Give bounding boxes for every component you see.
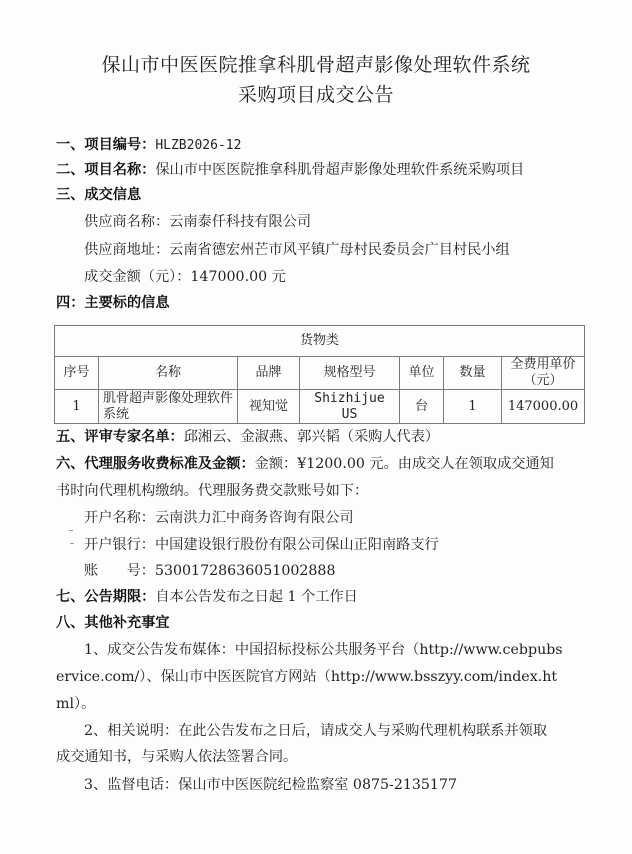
project-number-row: 一、项目编号：HLZB2026-12: [56, 135, 241, 156]
supplier-address-label: 供应商地址：: [84, 242, 169, 258]
account-number-row: 账 号：53001728636051002888: [84, 561, 335, 581]
media-line3: ml）。: [56, 694, 95, 714]
notice-period-value: 自本公告发布之日起 1 个工作日: [155, 589, 358, 605]
deal-amount-value: 147000.00 元: [190, 269, 285, 285]
supervision-phone: 3、监督电话：保山市中医医院纪检监察室 0875-2135177: [84, 775, 457, 795]
header-unit-price-line1: 全费用单价: [506, 357, 580, 373]
bank-label: 开户银行：: [84, 537, 155, 553]
header-unit-price-line2: （元）: [506, 373, 580, 389]
media-line1: 1、成交公告发布媒体：中国招标投标公共服务平台（http://www.cebpu…: [84, 640, 563, 660]
project-number-label: 一、项目编号：: [56, 137, 155, 153]
project-name-value: 保山市中医医院推拿科肌骨超声影像处理软件系统采购项目: [155, 162, 524, 178]
project-name-row: 二、项目名称：保山市中医医院推拿科肌骨超声影像处理软件系统采购项目: [56, 160, 524, 180]
supplier-address-row: 供应商地址：云南省德宏州芒市风平镇广母村民委员会广目村民小组: [84, 240, 510, 260]
scan-speck: [70, 543, 74, 544]
note-line2: 成交通知书，与采购人依法签署合同。: [56, 747, 297, 767]
goods-table: 货物类 序号 名称 品牌 规格型号 单位 数量 全费用单价 （元） 1 肌骨超声…: [54, 325, 585, 424]
header-unit-price: 全费用单价 （元）: [502, 357, 585, 390]
cell-name: 肌骨超声影像处理软件系统: [99, 390, 238, 424]
table-category-cell: 货物类: [55, 326, 585, 357]
header-name: 名称: [99, 357, 238, 390]
notice-period-row: 七、公告期限：自本公告发布之日起 1 个工作日: [56, 587, 358, 607]
account-name-row: 开户名称：云南洪力汇中商务咨询有限公司: [84, 508, 354, 528]
bank-value: 中国建设银行股份有限公司保山正阳南路支行: [155, 537, 439, 553]
cell-unit: 台: [400, 390, 444, 424]
supplier-address-value: 云南省德宏州芒市风平镇广母村民委员会广目村民小组: [169, 242, 510, 258]
deal-info-heading: 三、成交信息: [56, 185, 141, 205]
table-category-row: 货物类: [55, 326, 585, 357]
deal-amount-label: 成交金额（元）：: [84, 269, 190, 285]
header-no: 序号: [55, 357, 99, 390]
scan-speck: [69, 530, 73, 531]
notice-period-label: 七、公告期限：: [56, 589, 155, 605]
agency-fee-value-line1: 金额：¥1200.00 元。由成交人在领取成交通知: [255, 456, 554, 472]
supplier-name-label: 供应商名称：: [84, 214, 169, 230]
table-header-row: 序号 名称 品牌 规格型号 单位 数量 全费用单价 （元）: [55, 357, 585, 390]
deal-amount-row: 成交金额（元）：147000.00 元: [84, 267, 286, 287]
cell-brand: 视知觉: [238, 390, 300, 424]
agency-fee-value-line2: 书时向代理机构缴纳。代理服务费交款账号如下：: [56, 481, 368, 501]
header-quantity: 数量: [444, 357, 502, 390]
header-unit: 单位: [400, 357, 444, 390]
main-subject-heading: 四：主要标的信息: [56, 293, 170, 313]
agency-fee-row: 六、代理服务收费标准及金额：金额：¥1200.00 元。由成交人在领取成交通知: [56, 454, 554, 474]
cell-unit-price: 147000.00: [502, 390, 585, 424]
cell-model: Shizhijue US: [300, 390, 400, 424]
header-brand: 品牌: [238, 357, 300, 390]
bank-row: 开户银行：中国建设银行股份有限公司保山正阳南路支行: [84, 535, 439, 555]
supplier-name-value: 云南泰仟科技有限公司: [169, 214, 311, 230]
project-number-value: HLZB2026-12: [155, 138, 241, 153]
expert-list-row: 五、评审专家名单：邱湘云、金淑燕、郭兴韬（采购人代表）: [56, 427, 439, 447]
agency-fee-label: 六、代理服务收费标准及金额：: [56, 456, 255, 472]
media-line2: ervice.com/）、保山市中医医院官方网站（http://www.bssz…: [56, 667, 557, 687]
expert-list-value: 邱湘云、金淑燕、郭兴韬（采购人代表）: [184, 429, 439, 445]
other-matters-heading: 八、其他补充事宜: [56, 613, 170, 633]
announcement-page: 保山市中医医院推拿科肌骨超声影像处理软件系统 采购项目成交公告 一、项目编号：H…: [0, 0, 632, 854]
document-title: 保山市中医医院推拿科肌骨超声影像处理软件系统: [0, 50, 632, 77]
project-name-label: 二、项目名称：: [56, 162, 155, 178]
account-number-label: 账 号：: [84, 563, 155, 579]
account-name-label: 开户名称：: [84, 510, 155, 526]
cell-no: 1: [55, 390, 99, 424]
header-model: 规格型号: [300, 357, 400, 390]
supplier-name-row: 供应商名称：云南泰仟科技有限公司: [84, 212, 311, 232]
document-subtitle: 采购项目成交公告: [0, 80, 632, 107]
account-number-value: 53001728636051002888: [155, 563, 336, 579]
account-name-value: 云南洪力汇中商务咨询有限公司: [155, 510, 354, 526]
table-row: 1 肌骨超声影像处理软件系统 视知觉 Shizhijue US 台 1 1470…: [55, 390, 585, 424]
cell-quantity: 1: [444, 390, 502, 424]
expert-list-label: 五、评审专家名单：: [56, 429, 184, 445]
note-line1: 2、相关说明：在此公告发布之日后，请成交人与采购代理机构联系并领取: [84, 721, 547, 741]
